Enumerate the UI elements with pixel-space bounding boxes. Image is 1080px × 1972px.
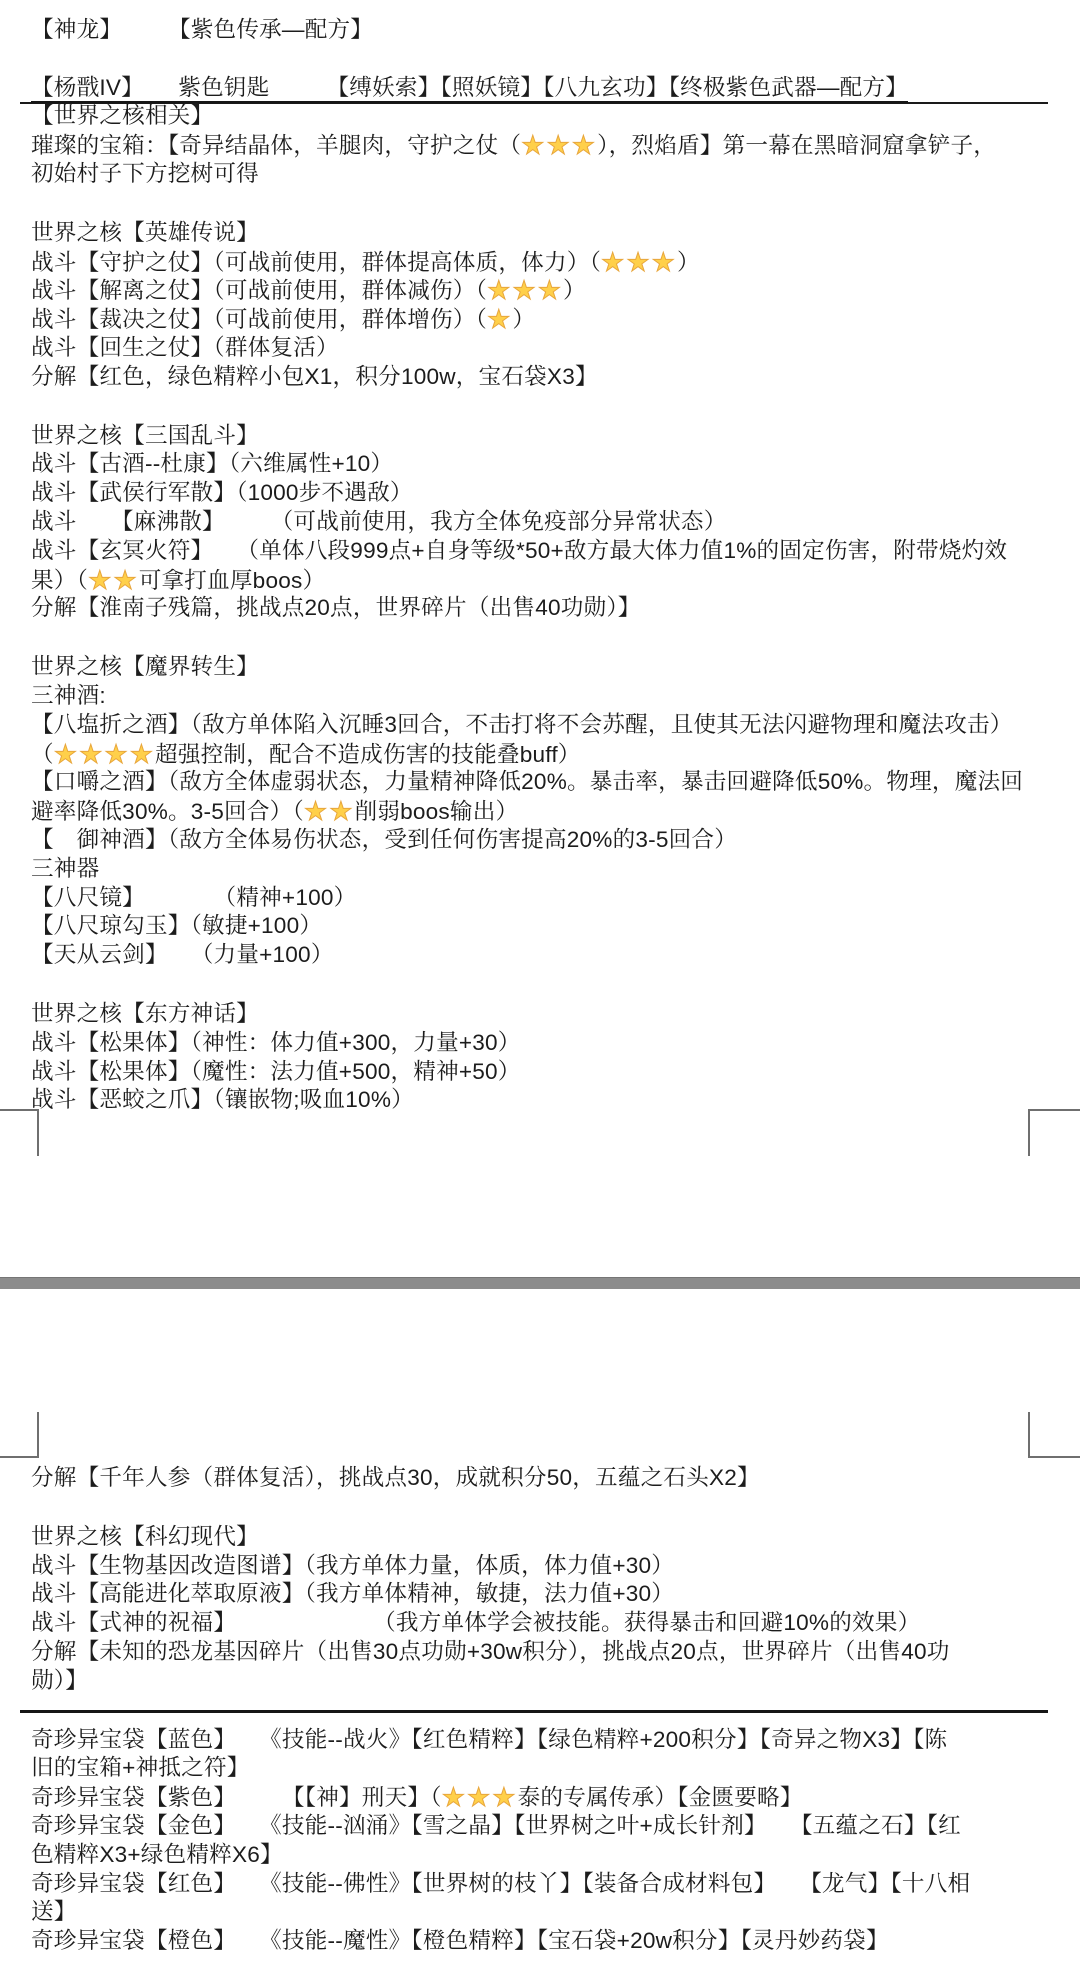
text-run: 送】 (31, 1899, 77, 1924)
text-run: 战斗【古酒--杜康】（六维属性+10） (31, 451, 393, 476)
text-run: 旧的宝箱+神抵之符】 (31, 1755, 250, 1780)
text-run: 战斗【松果体】（魔性：法力值+500，精神+50） (31, 1059, 521, 1084)
text-run: 世界之核【东方神话】 (31, 1001, 259, 1026)
text-run: 世界之核【英雄传说】 (31, 220, 259, 245)
text-line: 【八塩折之酒】（敌方单体陷入沉睡3回合，不击打将不会苏醒，且使其无法闪避物理和魔… (31, 711, 1057, 740)
text-line: 战斗【恶蛟之爪】（镶嵌物;吸血10%） (31, 1086, 1057, 1115)
star-icon: ★ (487, 304, 512, 334)
text-run: 世界之核【三国乱斗】 (31, 423, 259, 448)
text-run: 战斗 【麻沸散】 （可战前使用，我方全体免疫部分异常状态） (31, 509, 727, 534)
text-run: （ (31, 742, 54, 767)
text-line: 【世界之核相关】 (31, 102, 1057, 131)
text-run: 战斗【回生之仗】（群体复活） (31, 335, 339, 360)
text-line: 初始村子下方挖树可得 (31, 160, 1057, 189)
text-line: 分解【未知的恐龙基因碎片（出售30点功勋+30w积分），挑战点20点，世界碎片（… (31, 1638, 1057, 1667)
text-run: 【口嚼之酒】（敌方全体虚弱状态，力量精神降低20%。暴击率，暴击回避降低50%。… (31, 769, 1023, 794)
text-line: 奇珍异宝袋【橙色】 《技能--魔性》【橙色精粹】【宝石袋+20w积分】【灵丹妙药… (31, 1927, 1057, 1956)
text-run: 分解【千年人参（群体复活），挑战点30，成就积分50，五蕴之石头X2】 (31, 1465, 760, 1490)
text-run: 战斗【恶蛟之爪】（镶嵌物;吸血10%） (31, 1087, 414, 1112)
star-icon: ★★★ (601, 247, 677, 277)
text-line: 【杨戬IV】 紫色钥匙 【缚妖索】【照妖镜】【八九玄功】【终极紫色武器—配方】 (31, 74, 1057, 103)
text-line: 战斗【生物基因改造图谱】（我方单体力量，体质，体力值+30） (31, 1552, 1057, 1581)
text-run: 战斗【裁决之仗】（可战前使用，群体增伤）（ (31, 307, 487, 332)
text-run: 奇珍异宝袋【紫色】 【【神】刑天】（ (31, 1785, 442, 1810)
text-run: 【杨戬IV】 紫色钥匙 【缚妖索】【照妖镜】【八九玄功】【终极紫色武器—配方】 (31, 75, 908, 103)
page-corner-mark (1028, 1412, 1080, 1458)
section-divider (20, 1710, 1048, 1713)
text-line: 世界之核【魔界转生】 (31, 653, 1057, 682)
page-corner-mark (0, 1412, 39, 1458)
text-run: 世界之核【科幻现代】 (31, 1524, 259, 1549)
text-run: 战斗【松果体】（神性：体力值+300，力量+30） (31, 1030, 521, 1055)
text-line: 战斗 【麻沸散】 （可战前使用，我方全体免疫部分异常状态） (31, 508, 1057, 537)
text-run: 战斗【解离之仗】（可战前使用，群体减伤）（ (31, 278, 487, 303)
text-line: 勋）】 (31, 1667, 1057, 1696)
text-run: 璀璨的宝箱：【奇异结晶体，羊腿肉，守护之仗（ (31, 133, 521, 158)
text-run: ），烈焰盾】第一幕在黑暗洞窟拿铲子， (597, 133, 996, 158)
star-icon: ★★ (88, 565, 139, 595)
text-run: 战斗【生物基因改造图谱】（我方单体力量，体质，体力值+30） (31, 1553, 674, 1578)
text-run: 三神酒: (31, 683, 106, 708)
text-line: 世界之核【科幻现代】 (31, 1523, 1057, 1552)
text-line: 分解【淮南子残篇，挑战点20点，世界碎片（出售40功勋）】 (31, 594, 1057, 623)
text-run: 削弱boos输出） (355, 799, 519, 824)
text-line: 世界之核【英雄传说】 (31, 219, 1057, 248)
text-run: 战斗【武侯行军散】（1000步不遇敌） (31, 480, 413, 505)
text-run: 【神龙】 【紫色传承—配方】 (31, 17, 373, 42)
text-line: 旧的宝箱+神抵之符】 (31, 1754, 1057, 1783)
text-line: 战斗【古酒--杜康】（六维属性+10） (31, 450, 1057, 479)
text-run: 战斗【玄冥火符】 （单体八段999点+自身等级*50+敌方最大体力值1%的固定伤… (31, 538, 1007, 563)
text-run: 果）（ (31, 568, 88, 593)
text-run: 【八尺镜】 （精神+100） (31, 885, 356, 910)
text-line: 避率降低30%。3-5回合）（★★削弱boos输出） (31, 797, 1057, 826)
text-run: 避率降低30%。3-5回合）（ (31, 799, 304, 824)
text-run: 战斗【守护之仗】（可战前使用，群体提高体质，体力）（ (31, 250, 601, 275)
text-run: 泰的专属传承）【金匮要略】 (518, 1785, 803, 1810)
text-run: 【八塩折之酒】（敌方单体陷入沉睡3回合，不击打将不会苏醒，且使其无法闪避物理和魔… (31, 712, 1013, 737)
text-line: 战斗【式神的祝福】 （我方单体学会被技能。获得暴击和回避10%的效果） (31, 1609, 1057, 1638)
text-line: 分解【红色，绿色精粹小包X1，积分100w，宝石袋X3】 (31, 363, 1057, 392)
text-run: 奇珍异宝袋【金色】 《技能--汹涌》【雪之晶】【世界树之叶+成长针剂】 【五蕴之… (31, 1813, 961, 1838)
text-run: 奇珍异宝袋【蓝色】 《技能--战火》【红色精粹】【绿色精粹+200积分】【奇异之… (31, 1727, 947, 1752)
star-icon: ★★ (304, 796, 355, 826)
text-line: 色精粹X3+绿色精粹X6】 (31, 1841, 1057, 1870)
text-line: 三神器 (31, 855, 1057, 884)
text-run: 初始村子下方挖树可得 (31, 161, 259, 186)
star-icon: ★★★★ (54, 739, 155, 769)
text-run: ） (512, 307, 535, 332)
text-run: 战斗【式神的祝福】 （我方单体学会被技能。获得暴击和回避10%的效果） (31, 1610, 920, 1635)
text-run: 三神器 (31, 856, 99, 881)
text-line: 战斗【高能进化萃取原液】（我方单体精神，敏捷，法力值+30） (31, 1580, 1057, 1609)
text-run: ） (677, 250, 700, 275)
text-line: 战斗【守护之仗】（可战前使用，群体提高体质，体力）（★★★） (31, 248, 1057, 277)
text-line: 世界之核【东方神话】 (31, 1000, 1057, 1029)
text-line: （★★★★超强控制，配合不造成伤害的技能叠buff） (31, 740, 1057, 769)
text-run: ） (563, 278, 586, 303)
page-2-text-block: 分解【千年人参（群体复活），挑战点30，成就积分50，五蕴之石头X2】世界之核【… (31, 1464, 1057, 1956)
text-line: 璀璨的宝箱：【奇异结晶体，羊腿肉，守护之仗（★★★），烈焰盾】第一幕在黑暗洞窟拿… (31, 131, 1057, 160)
text-run: 色精粹X3+绿色精粹X6】 (31, 1842, 283, 1867)
page-separator (0, 1277, 1080, 1289)
text-line: 分解【千年人参（群体复活），挑战点30，成就积分50，五蕴之石头X2】 (31, 1464, 1057, 1493)
text-run: 奇珍异宝袋【橙色】 《技能--魔性》【橙色精粹】【宝石袋+20w积分】【灵丹妙药… (31, 1928, 889, 1953)
text-line: 战斗【松果体】（魔性：法力值+500，精神+50） (31, 1058, 1057, 1087)
text-line: 战斗【回生之仗】（群体复活） (31, 334, 1057, 363)
text-line: 【八尺琼勾玉】（敏捷+100） (31, 912, 1057, 941)
text-line: 三神酒: (31, 682, 1057, 711)
text-line: 果）（★★可拿打血厚boos） (31, 566, 1057, 595)
text-run: 战斗【高能进化萃取原液】（我方单体精神，敏捷，法力值+30） (31, 1581, 674, 1606)
text-run: 【天从云剑】 （力量+100） (31, 942, 334, 967)
text-line: 奇珍异宝袋【蓝色】 《技能--战火》【红色精粹】【绿色精粹+200积分】【奇异之… (31, 1726, 1057, 1755)
star-icon: ★★★ (487, 275, 563, 305)
text-run: 【世界之核相关】 (31, 103, 213, 128)
text-line: 战斗【玄冥火符】 （单体八段999点+自身等级*50+敌方最大体力值1%的固定伤… (31, 537, 1057, 566)
text-run: 勋）】 (31, 1668, 88, 1693)
text-line: 奇珍异宝袋【金色】 《技能--汹涌》【雪之晶】【世界树之叶+成长针剂】 【五蕴之… (31, 1812, 1057, 1841)
text-line: 【神龙】 【紫色传承—配方】 (31, 16, 1057, 45)
text-line: 【 御神酒】（敌方全体易伤状态，受到任何伤害提高20%的3-5回合） (31, 826, 1057, 855)
star-icon: ★★★ (521, 130, 597, 160)
text-line: 战斗【裁决之仗】（可战前使用，群体增伤）（★） (31, 305, 1057, 334)
text-line: 战斗【解离之仗】（可战前使用，群体减伤）（★★★） (31, 276, 1057, 305)
text-line (31, 45, 1057, 74)
page-corner-mark (0, 1109, 39, 1156)
text-run: 可拿打血厚boos） (139, 568, 326, 593)
page-corner-mark (1028, 1109, 1080, 1156)
text-line: 奇珍异宝袋【红色】 《技能--佛性》【世界树的枝丫】【装备合成材料包】 【龙气】… (31, 1870, 1057, 1899)
text-run: 奇珍异宝袋【红色】 《技能--佛性》【世界树的枝丫】【装备合成材料包】 【龙气】… (31, 1871, 970, 1896)
text-run: 世界之核【魔界转生】 (31, 654, 259, 679)
text-run: 【 御神酒】（敌方全体易伤状态，受到任何伤害提高20%的3-5回合） (31, 827, 737, 852)
star-icon: ★★★ (442, 1782, 518, 1812)
text-line: 奇珍异宝袋【紫色】 【【神】刑天】（★★★泰的专属传承）【金匮要略】 (31, 1783, 1057, 1812)
document-page-view: 【神龙】 【紫色传承—配方】 【杨戬IV】 紫色钥匙 【缚妖索】【照妖镜】【八九… (0, 0, 1080, 1972)
text-line: 【口嚼之酒】（敌方全体虚弱状态，力量精神降低20%。暴击率，暴击回避降低50%。… (31, 768, 1057, 797)
text-line: 战斗【松果体】（神性：体力值+300，力量+30） (31, 1029, 1057, 1058)
page-1-text-block: 【神龙】 【紫色传承—配方】 【杨戬IV】 紫色钥匙 【缚妖索】【照妖镜】【八九… (31, 16, 1057, 1115)
text-line: 【八尺镜】 （精神+100） (31, 884, 1057, 913)
text-line: 送】 (31, 1898, 1057, 1927)
text-run: 超强控制，配合不造成伤害的技能叠buff） (155, 742, 581, 767)
text-line: 世界之核【三国乱斗】 (31, 422, 1057, 451)
text-line: 【天从云剑】 （力量+100） (31, 941, 1057, 970)
text-line: 战斗【武侯行军散】（1000步不遇敌） (31, 479, 1057, 508)
text-run: 分解【未知的恐龙基因碎片（出售30点功勋+30w积分），挑战点20点，世界碎片（… (31, 1639, 950, 1664)
text-run: 分解【红色，绿色精粹小包X1，积分100w，宝石袋X3】 (31, 364, 598, 389)
text-run: 【八尺琼勾玉】（敏捷+100） (31, 913, 322, 938)
text-run: 分解【淮南子残篇，挑战点20点，世界碎片（出售40功勋）】 (31, 595, 641, 620)
